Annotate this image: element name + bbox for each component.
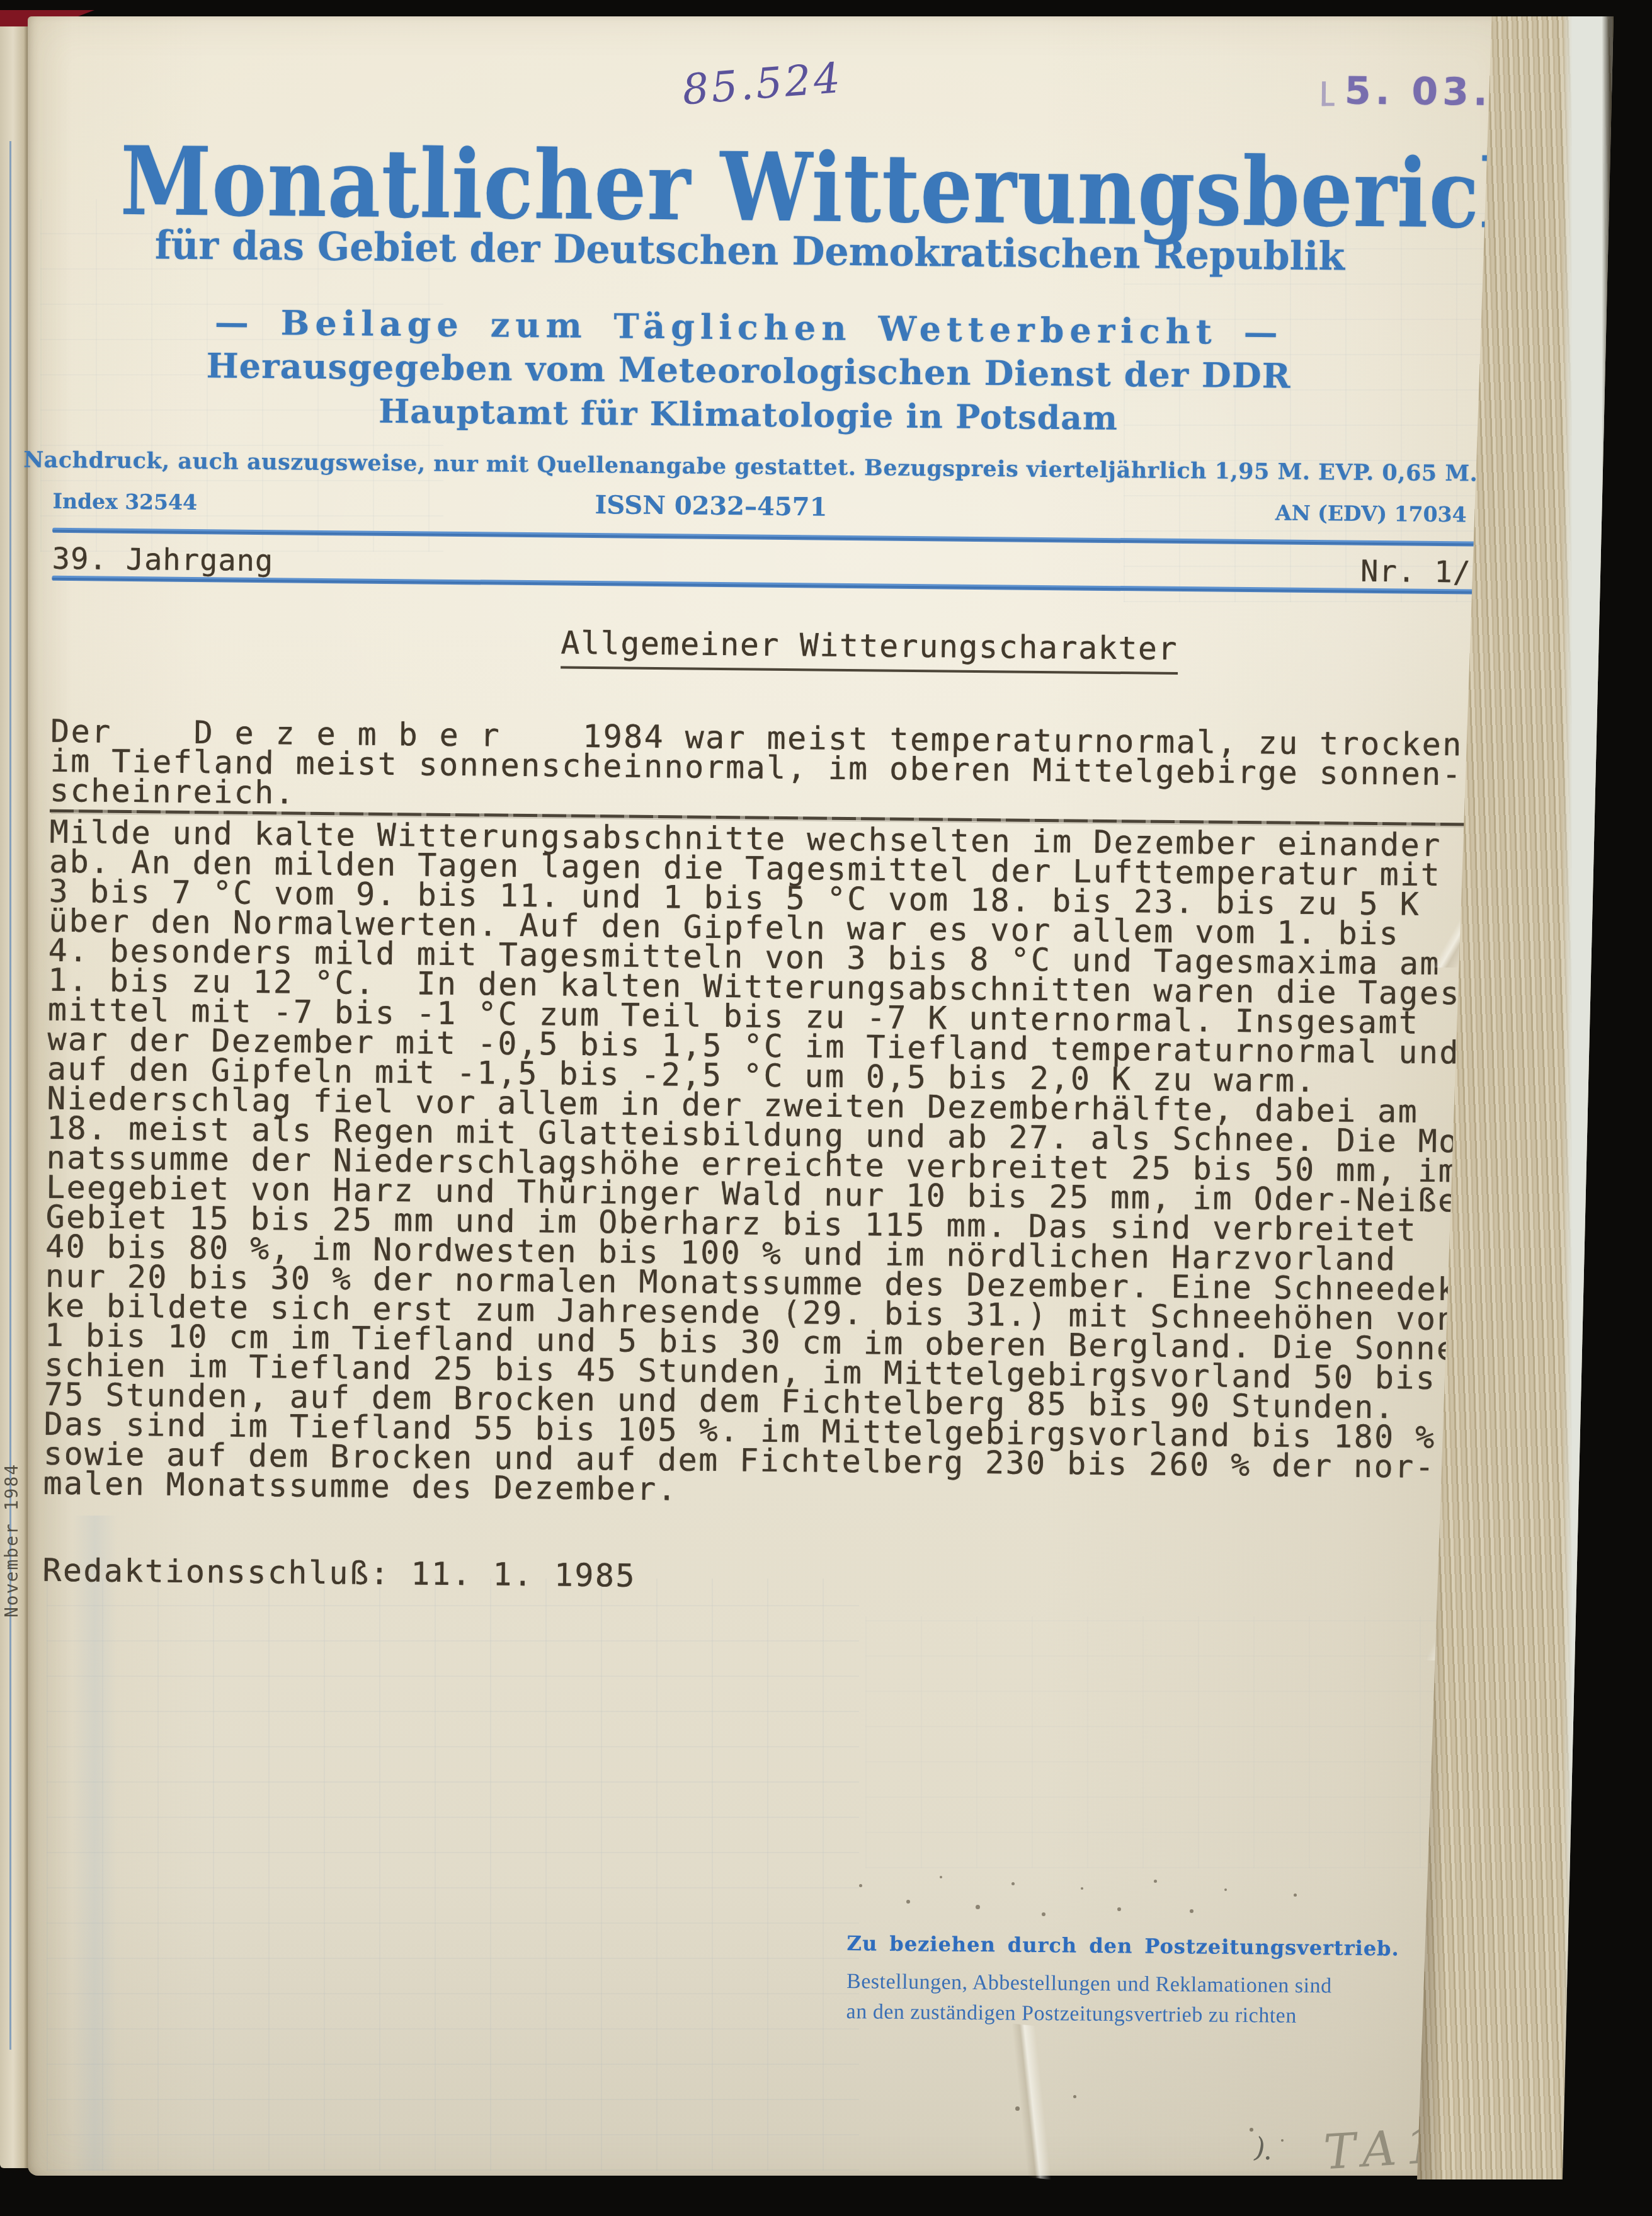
page-content: 85.524 5. 03. 85 Monatlicher Witterungsb…	[7, 16, 1519, 2190]
editorial-deadline: Redaktionsschluß: 11. 1. 1985	[42, 1556, 636, 1591]
speck	[1190, 1909, 1193, 1913]
speck	[1073, 2095, 1076, 2098]
an-edv-number: AN (EDV) 17034	[1275, 500, 1467, 527]
masthead: Monatlicher Witterungsbericht für das Ge…	[23, 16, 1476, 534]
article-body: Milde und kalte Witterungsabschnitte wec…	[43, 818, 1482, 1512]
speck	[1015, 2106, 1020, 2111]
article-heading: Allgemeiner Witterungscharakter	[561, 625, 1178, 675]
volume-label: 39. Jahrgang	[52, 544, 274, 576]
speck	[1294, 1893, 1297, 1897]
speck	[940, 1876, 942, 1878]
distribution-line3: an den zuständigen Postzeitungsvertrieb …	[846, 1997, 1398, 2032]
speck	[859, 1884, 862, 1887]
distribution-line1: Zu beziehen durch den Postzeitungsvertri…	[847, 1931, 1399, 1960]
index-number: Index 32544	[52, 489, 197, 515]
speck	[1281, 2139, 1284, 2142]
speck	[1011, 1882, 1015, 1885]
distribution-note: Zu beziehen durch den Postzeitungsvertri…	[846, 1931, 1399, 2032]
office-line: Hauptamt für Klimatologie in Potsdam	[24, 389, 1473, 441]
document-page: 85.524 5. 03. 85 Monatlicher Witterungsb…	[28, 16, 1519, 2176]
speck	[906, 1900, 910, 1904]
speck	[1042, 1912, 1045, 1916]
speck	[1081, 1887, 1083, 1890]
article-lead: Der D e z e m b e r 1984 war meist tempe…	[50, 717, 1483, 820]
copyright-line: Nachdruck, auch auszugsweise, nur mit Qu…	[23, 447, 1472, 486]
issn: ISSN 0232–4571	[595, 490, 827, 522]
distribution-line2: Bestellungen, Abbestellungen und Reklama…	[846, 1967, 1399, 2002]
speck	[1154, 1880, 1157, 1883]
book-scan: November 1984 85.524 5. 03. 85 Monatlich…	[0, 0, 1652, 2216]
speck	[976, 1905, 980, 1909]
speck	[1117, 1907, 1121, 1911]
speck	[1224, 1888, 1227, 1891]
speck	[1250, 2128, 1253, 2132]
ink-mark: ).	[1251, 2132, 1277, 2167]
